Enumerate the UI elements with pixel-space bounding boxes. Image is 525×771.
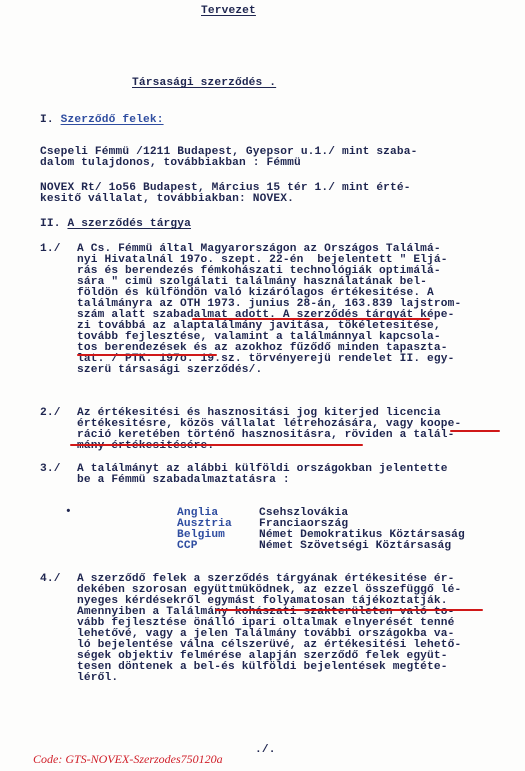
clause-1-line: szerü társasági szerződés/. xyxy=(77,365,262,376)
party-2-line-2: kesitő vállalat, továbbiakban: NOVEX. xyxy=(40,194,294,205)
draft-label: Tervezet xyxy=(201,6,256,17)
document-page: Tervezet Társasági szerződés . I. Szerző… xyxy=(0,0,525,771)
clause-3-line: be a Fémmü szabadalmaztatásra : xyxy=(77,475,290,486)
party-1-line-2: dalom tulajdonos, továbbiakban : Fémmü xyxy=(40,158,301,169)
document-title: Társasági szerződés . xyxy=(132,78,276,89)
clause-3-number: 3./ xyxy=(40,464,61,475)
document-code-label: Code: GTS-NOVEX-Szerzodes750120a xyxy=(33,752,223,767)
section-title: A szerződés tárgya xyxy=(67,218,191,230)
stray-mark: • xyxy=(65,507,72,518)
country-left: ССР xyxy=(177,541,198,552)
section-heading-parties: I. Szerződő felek: xyxy=(40,115,164,126)
clause-4-line: léről. xyxy=(77,673,118,684)
clause-2-line: mány értékesitésére. xyxy=(77,441,214,452)
highlight-underline-tajekoztatjak xyxy=(215,609,483,611)
country-right: Német Szövetségi Köztársaság xyxy=(259,541,451,552)
highlight-underline-kooperacio-1 xyxy=(450,430,500,432)
section-heading-subject: II. A szerződés tárgya xyxy=(40,219,191,230)
highlight-underline-tovabb-fejlesztese xyxy=(77,354,217,356)
clause-1-number: 1./ xyxy=(40,244,61,255)
highlight-underline-oth-number xyxy=(192,318,430,320)
highlight-underline-kooperacio-2 xyxy=(70,444,363,446)
section-title: Szerződő felek: xyxy=(61,114,164,126)
page-continuation-mark: ./. xyxy=(255,745,276,756)
section-number: I. xyxy=(40,114,54,126)
clause-4-number: 4./ xyxy=(40,574,61,585)
clause-4-line: tesen döntenek a bel-és külföldi bejelen… xyxy=(77,662,448,673)
clause-2-number: 2./ xyxy=(40,408,61,419)
section-number: II. xyxy=(40,218,61,230)
